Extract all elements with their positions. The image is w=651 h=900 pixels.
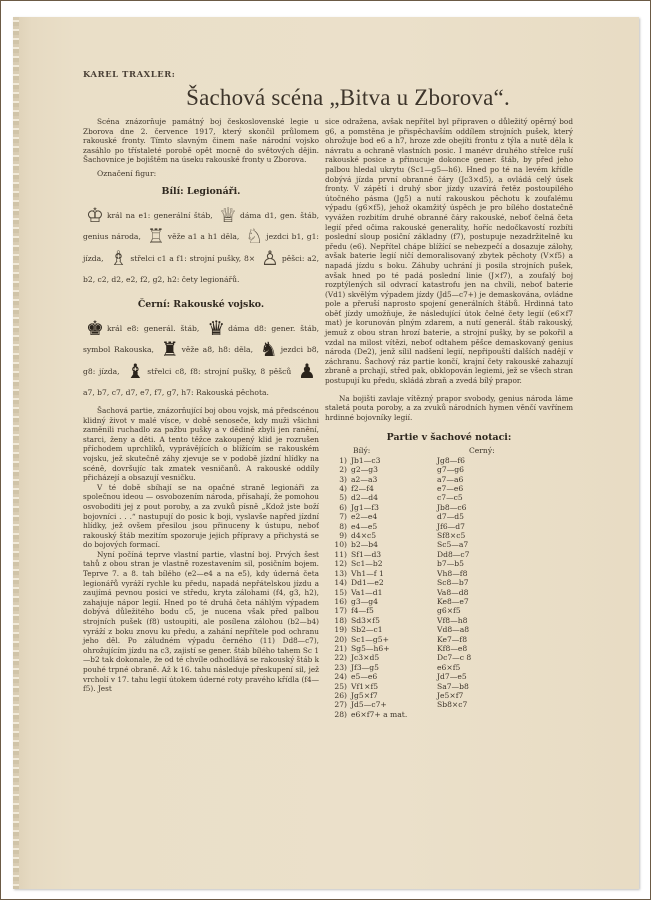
black-side-heading: Černí: Rakouské vojsko.	[83, 299, 319, 310]
black-rook-desc: věže a8, h8: děla,	[182, 345, 253, 354]
white-move: Sg5—h6+	[351, 644, 437, 653]
move-row: 14)Dd1—e2Sc8—b7	[325, 578, 573, 587]
white-move: Jb1—c3	[351, 456, 437, 465]
move-number: 9)	[325, 531, 351, 540]
white-king-desc: král na e1: generální štáb,	[107, 211, 213, 220]
article: KAREL TRAXLER: Šachová scéna „Bitva u Zb…	[83, 69, 573, 719]
black-move: Va8—d8	[437, 588, 468, 597]
black-pawn-icon: ♟	[298, 362, 316, 380]
article-title: Šachová scéna „Bitva u Zborova“.	[83, 85, 573, 111]
white-pawn-icon: ♙	[261, 249, 279, 267]
black-move: Sa7—b8	[437, 682, 469, 691]
move-number: 7)	[325, 512, 351, 521]
white-move: e2—e4	[351, 512, 437, 521]
move-number: 20)	[325, 635, 351, 644]
white-side-heading: Bílí: Legionáři.	[83, 186, 319, 197]
body-paragraph: Na bojišti zavlaje vítězný prapor svobod…	[325, 394, 573, 423]
black-move: Kf8—e8	[437, 644, 467, 653]
white-bishop-desc: střelci c1 a f1: strojní pušky, 8×	[130, 254, 255, 263]
move-row: 20)Sc1—g5+Ke7—f8	[325, 635, 573, 644]
white-move: d4×c5	[351, 531, 437, 540]
black-move: Sf8×c5	[437, 531, 465, 540]
pieces-label: Označení figur:	[83, 169, 319, 178]
white-move: f4—f5	[351, 606, 437, 615]
black-move: Vf8—h8	[437, 616, 467, 625]
black-move: Ke7—f8	[437, 635, 467, 644]
white-move: Sd3×f5	[351, 616, 437, 625]
white-move: e4—e5	[351, 522, 437, 531]
body-paragraph: sice odražena, avšak nepřítel byl připra…	[325, 117, 573, 386]
black-move: g6×f5	[437, 606, 461, 615]
black-column-label: Cerný:	[425, 446, 495, 455]
black-pieces-legend: ♚král e8: generál. štáb, ♛dáma d8: gener…	[83, 318, 319, 404]
black-queen-icon: ♛	[207, 319, 225, 337]
move-number: 12)	[325, 559, 351, 568]
white-move: Jc3×d5	[351, 653, 437, 662]
white-rook-icon: ♖	[147, 227, 165, 245]
black-move: c7—c5	[437, 493, 463, 502]
move-row: 1)Jb1—c3Jg8—f6	[325, 456, 573, 465]
scan-frame: KAREL TRAXLER: Šachová scéna „Bitva u Zb…	[0, 0, 651, 900]
move-row: 10)b2—b4Sc5—a7	[325, 540, 573, 549]
move-number: 23)	[325, 663, 351, 672]
white-move: Jd5—c7+	[351, 700, 437, 709]
black-move: Je5×f7	[437, 691, 463, 700]
move-number: 2)	[325, 465, 351, 474]
move-row: 9)d4×c5Sf8×c5	[325, 531, 573, 540]
left-column: Scéna znázorňuje památný boj českosloven…	[83, 117, 319, 719]
black-move: Ke8—e7	[437, 597, 469, 606]
black-king-icon: ♚	[86, 319, 104, 337]
white-pieces-legend: ♔král na e1: generální štáb, ♕dáma d1, g…	[83, 205, 319, 291]
black-bishop-desc: střelci c8, f8: strojní pušky, 8 pěšců	[147, 367, 291, 376]
move-number: 17)	[325, 606, 351, 615]
move-row: 21)Sg5—h6+Kf8—e8	[325, 644, 573, 653]
move-number: 4)	[325, 484, 351, 493]
move-row: 24)e5—e6Jd7—e5	[325, 672, 573, 681]
black-rook-icon: ♜	[161, 340, 179, 358]
white-move: Jg1—f3	[351, 503, 437, 512]
black-move: Jf6—d7	[437, 522, 465, 531]
white-knight-icon: ♘	[245, 227, 263, 245]
move-number: 3)	[325, 475, 351, 484]
black-move: Vh8—f8	[437, 569, 467, 578]
white-move: e6×f7+ a mat.	[351, 710, 437, 719]
move-row: 16)g3—g4Ke8—e7	[325, 597, 573, 606]
move-row: 25)Vf1×f5Sa7—b8	[325, 682, 573, 691]
move-number: 25)	[325, 682, 351, 691]
move-list: Bílý: Cerný: 1)Jb1—c3Jg8—f62)g2—g3g7—g63…	[325, 446, 573, 719]
move-row: 17)f4—f5g6×f5	[325, 606, 573, 615]
move-number: 16)	[325, 597, 351, 606]
move-row: 11)Sf1—d3Dd8—c7	[325, 550, 573, 559]
white-rook-desc: věže a1 a h1 děla,	[168, 232, 240, 241]
move-row: 18)Sd3×f5Vf8—h8	[325, 616, 573, 625]
black-pawn-desc: a7, b7, c7, d7, e7, f7, g7, h7: Rakouská…	[83, 388, 269, 397]
white-king-icon: ♔	[86, 206, 104, 224]
white-move: Jf3—g5	[351, 663, 437, 672]
white-move: Sc1—b2	[351, 559, 437, 568]
white-move: Sb2—c1	[351, 625, 437, 634]
move-number: 19)	[325, 625, 351, 634]
white-move: Sc1—g5+	[351, 635, 437, 644]
move-number: 13)	[325, 569, 351, 578]
move-row: 6)Jg1—f3Jb8—c6	[325, 503, 573, 512]
black-move: Dd8—c7	[437, 550, 469, 559]
body-paragraph: Nyní počíná teprve vlastní partie, vlast…	[83, 550, 319, 694]
move-row: 2)g2—g3g7—g6	[325, 465, 573, 474]
move-number: 5)	[325, 493, 351, 502]
notation-heading: Partie v šachové notaci:	[325, 432, 573, 443]
white-move: Sf1—d3	[351, 550, 437, 559]
move-row: 27)Jd5—c7+Sb8×c7	[325, 700, 573, 709]
black-move: a7—a6	[437, 475, 463, 484]
move-number: 21)	[325, 644, 351, 653]
black-move: Jb8—c6	[437, 503, 466, 512]
body-paragraph: V té době sbíhají se na opačné straně le…	[83, 483, 319, 550]
black-bishop-icon: ♝	[126, 362, 144, 380]
move-number: 27)	[325, 700, 351, 709]
move-row: 12)Sc1—b2b7—b5	[325, 559, 573, 568]
move-row: 23)Jf3—g5e6×f5	[325, 663, 573, 672]
white-queen-icon: ♕	[219, 206, 237, 224]
black-move: Sc5—a7	[437, 540, 468, 549]
move-number: 6)	[325, 503, 351, 512]
intro-paragraph: Scéna znázorňuje památný boj českosloven…	[83, 117, 319, 165]
white-move: b2—b4	[351, 540, 437, 549]
move-row: 13)Vh1—f 1Vh8—f8	[325, 569, 573, 578]
black-move: Sb8×c7	[437, 700, 467, 709]
white-move: Va1—d1	[351, 588, 437, 597]
move-row: 4)f2—f4e7—e6	[325, 484, 573, 493]
move-row: 8)e4—e5Jf6—d7	[325, 522, 573, 531]
move-row: 19)Sb2—c1Vd8—a8	[325, 625, 573, 634]
document-page: KAREL TRAXLER: Šachová scéna „Bitva u Zb…	[13, 17, 639, 889]
white-column-label: Bílý:	[325, 446, 425, 455]
white-move: Vh1—f 1	[351, 569, 437, 578]
move-row: 28)e6×f7+ a mat.	[325, 710, 573, 719]
white-move: f2—f4	[351, 484, 437, 493]
black-move: Jd7—e5	[437, 672, 467, 681]
black-move: d7—d5	[437, 512, 464, 521]
black-move: e6×f5	[437, 663, 460, 672]
move-number: 18)	[325, 616, 351, 625]
move-row: 26)Jg5×f7Je5×f7	[325, 691, 573, 700]
move-number: 26)	[325, 691, 351, 700]
move-row: 5)d2—d4c7—c5	[325, 493, 573, 502]
move-number: 22)	[325, 653, 351, 662]
black-move: Jg8—f6	[437, 456, 465, 465]
black-move: g7—g6	[437, 465, 464, 474]
black-move: Sc8—b7	[437, 578, 469, 587]
move-number: 14)	[325, 578, 351, 587]
white-move: Vf1×f5	[351, 682, 437, 691]
move-number: 11)	[325, 550, 351, 559]
author-byline: KAREL TRAXLER:	[83, 69, 573, 79]
move-row: 15)Va1—d1Va8—d8	[325, 588, 573, 597]
white-move: g3—g4	[351, 597, 437, 606]
black-knight-icon: ♞	[260, 340, 278, 358]
white-bishop-icon: ♗	[109, 249, 127, 267]
move-number: 1)	[325, 456, 351, 465]
black-move: Vd8—a8	[437, 625, 469, 634]
white-move: g2—g3	[351, 465, 437, 474]
black-king-desc: král e8: generál. štáb,	[107, 324, 199, 333]
move-number: 10)	[325, 540, 351, 549]
white-move: d2—d4	[351, 493, 437, 502]
move-row: 7)e2—e4d7—d5	[325, 512, 573, 521]
move-row: 22)Jc3×d5Dc7—c 8	[325, 653, 573, 662]
black-move: e7—e6	[437, 484, 463, 493]
white-move: a2—a3	[351, 475, 437, 484]
move-rows: 1)Jb1—c3Jg8—f62)g2—g3g7—g63)a2—a3a7—a64)…	[325, 456, 573, 719]
right-column: sice odražena, avšak nepřítel byl připra…	[325, 117, 573, 719]
white-move: Dd1—e2	[351, 578, 437, 587]
move-number: 15)	[325, 588, 351, 597]
two-column-layout: Scéna znázorňuje památný boj českosloven…	[83, 117, 573, 719]
black-move: Dc7—c 8	[437, 653, 471, 662]
move-number: 24)	[325, 672, 351, 681]
body-paragraph: Šachová partie, znázorňující boj obou vo…	[83, 406, 319, 483]
move-list-header: Bílý: Cerný:	[325, 446, 573, 455]
move-row: 3)a2—a3a7—a6	[325, 475, 573, 484]
black-move: b7—b5	[437, 559, 464, 568]
white-move: e5—e6	[351, 672, 437, 681]
move-number: 28)	[325, 710, 351, 719]
white-move: Jg5×f7	[351, 691, 437, 700]
move-number: 8)	[325, 522, 351, 531]
